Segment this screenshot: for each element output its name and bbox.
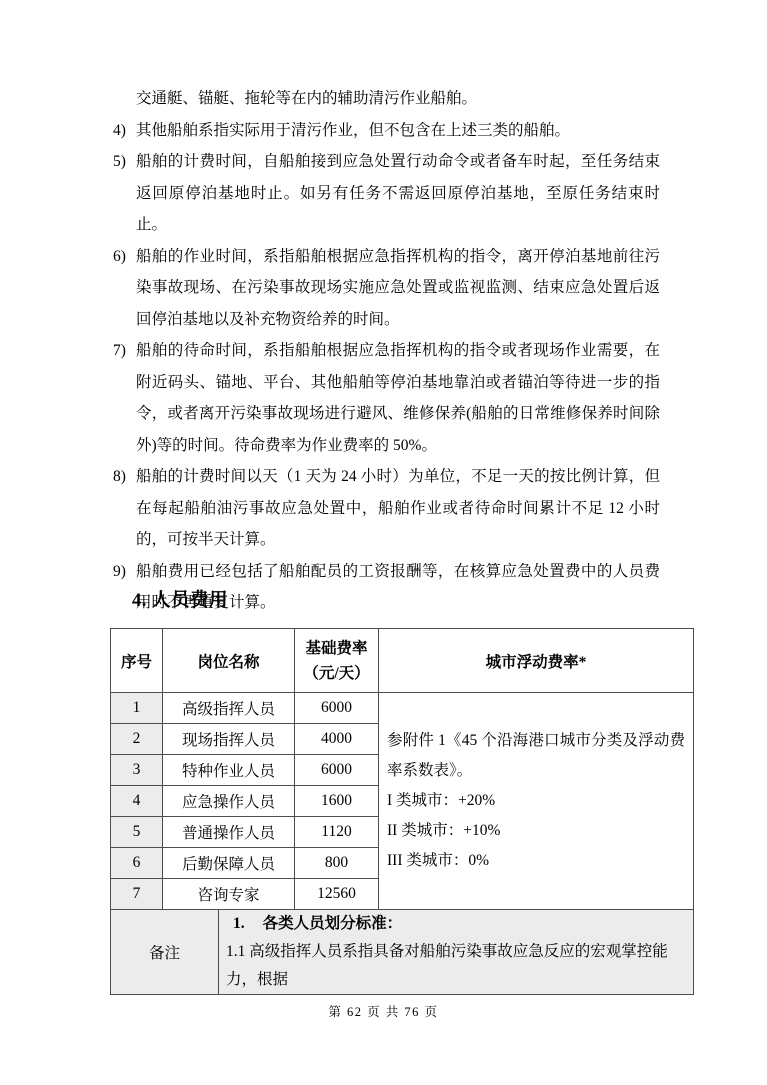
section-heading: 4. 人员费用: [132, 586, 228, 612]
body-text-block: 交通艇、锚艇、拖轮等在内的辅助清污作业船舶。 4)其他船舶系指实际用于清污作业，…: [112, 83, 660, 619]
remarks-body: 1.1 高级指挥人员系指具备对船舶污染事故应急反应的宏观掌控能力，根据: [219, 938, 693, 994]
paragraph-continuation: 交通艇、锚艇、拖轮等在内的辅助清污作业船舶。: [112, 83, 660, 115]
cell-position: 咨询专家: [163, 879, 295, 910]
header-cell-position: 岗位名称: [163, 629, 295, 693]
list-item-8: 8)船舶的计费时间以天（1 天为 24 小时）为单位，不足一天的按比例计算，但在…: [112, 461, 660, 556]
cell-no: 1: [111, 693, 163, 724]
list-number: 6): [113, 241, 126, 273]
cell-rate: 800: [295, 848, 379, 879]
float-note-class2: II 类城市：+10%: [387, 816, 685, 846]
list-item-6: 6)船舶的作业时间，系指船舶根据应急指挥机构的指令，离开停泊基地前往污染事故现场…: [112, 241, 660, 336]
cell-position: 后勤保障人员: [163, 848, 295, 879]
list-number: 8): [113, 461, 126, 493]
header-base-rate-line1: 基础费率: [295, 636, 378, 661]
float-note-class1: I 类城市：+20%: [387, 786, 685, 816]
table-row: 1 高级指挥人员 6000 参附件 1《45 个沿海港口城市分类及浮动费率系数表…: [111, 693, 694, 724]
cell-rate: 12560: [295, 879, 379, 910]
cell-no: 6: [111, 848, 163, 879]
list-number: 5): [113, 146, 126, 178]
cell-rate: 1600: [295, 786, 379, 817]
cell-no: 2: [111, 724, 163, 755]
remarks-title-text: 各类人员划分标准：: [263, 915, 403, 932]
cell-city-float-note: 参附件 1《45 个沿海港口城市分类及浮动费率系数表》。 I 类城市：+20% …: [379, 693, 694, 910]
list-item-7: 7)船舶的待命时间，系指船舶根据应急指挥机构的指令或者现场作业需要，在附近码头、…: [112, 335, 660, 461]
remarks-title: 1.各类人员划分标准：: [219, 910, 693, 938]
table-header-row: 序号 岗位名称 基础费率 （元/天） 城市浮动费率*: [111, 629, 694, 693]
cell-position: 普通操作人员: [163, 817, 295, 848]
cell-rate: 1120: [295, 817, 379, 848]
header-cell-no: 序号: [111, 629, 163, 693]
list-item-text: 船舶的计费时间以天（1 天为 24 小时）为单位，不足一天的按比例计算，但在每起…: [136, 468, 660, 548]
list-number: 4): [113, 115, 126, 147]
cell-no: 3: [111, 755, 163, 786]
list-item-5: 5)船舶的计费时间，自船舶接到应急处置行动命令或者备车时起，至任务结束返回原停泊…: [112, 146, 660, 241]
header-cell-city-float: 城市浮动费率*: [379, 629, 694, 693]
cell-rate: 4000: [295, 724, 379, 755]
list-number: 9): [113, 556, 126, 588]
list-number: 7): [113, 335, 126, 367]
list-item-4: 4)其他船舶系指实际用于清污作业，但不包含在上述三类的船舶。: [112, 115, 660, 147]
cell-no: 5: [111, 817, 163, 848]
cell-no: 7: [111, 879, 163, 910]
list-item-text: 其他船舶系指实际用于清污作业，但不包含在上述三类的船舶。: [136, 122, 570, 139]
list-item-text: 船舶的待命时间，系指船舶根据应急指挥机构的指令或者现场作业需要，在附近码头、锚地…: [136, 342, 660, 454]
header-cell-base-rate: 基础费率 （元/天）: [295, 629, 379, 693]
cell-position: 应急操作人员: [163, 786, 295, 817]
header-base-rate-line2: （元/天）: [295, 661, 378, 686]
remarks-content-cell: 1.各类人员划分标准： 1.1 高级指挥人员系指具备对船舶污染事故应急反应的宏观…: [219, 910, 694, 995]
remarks-row: 备注 1.各类人员划分标准： 1.1 高级指挥人员系指具备对船舶污染事故应急反应…: [111, 910, 694, 995]
cell-no: 4: [111, 786, 163, 817]
cell-rate: 6000: [295, 693, 379, 724]
page-number: 第 62 页 共 76 页: [0, 1002, 767, 1020]
cell-position: 现场指挥人员: [163, 724, 295, 755]
cell-position: 特种作业人员: [163, 755, 295, 786]
list-item-text: 船舶的计费时间，自船舶接到应急处置行动命令或者备车时起，至任务结束返回原停泊基地…: [136, 153, 660, 233]
float-note-text: 参附件 1《45 个沿海港口城市分类及浮动费率系数表》。: [387, 726, 685, 786]
remarks-label-cell: 备注: [111, 910, 219, 995]
cell-position: 高级指挥人员: [163, 693, 295, 724]
remarks-title-number: 1.: [233, 915, 245, 932]
float-note-class3: III 类城市：0%: [387, 846, 685, 876]
personnel-fee-table: 序号 岗位名称 基础费率 （元/天） 城市浮动费率* 1 高级指挥人员 6000…: [110, 628, 694, 995]
list-item-text: 船舶的作业时间，系指船舶根据应急指挥机构的指令，离开停泊基地前往污染事故现场、在…: [136, 248, 660, 328]
document-page: { "page": { "footer": "第 62 页 共 76 页" },…: [0, 0, 767, 1085]
cell-rate: 6000: [295, 755, 379, 786]
